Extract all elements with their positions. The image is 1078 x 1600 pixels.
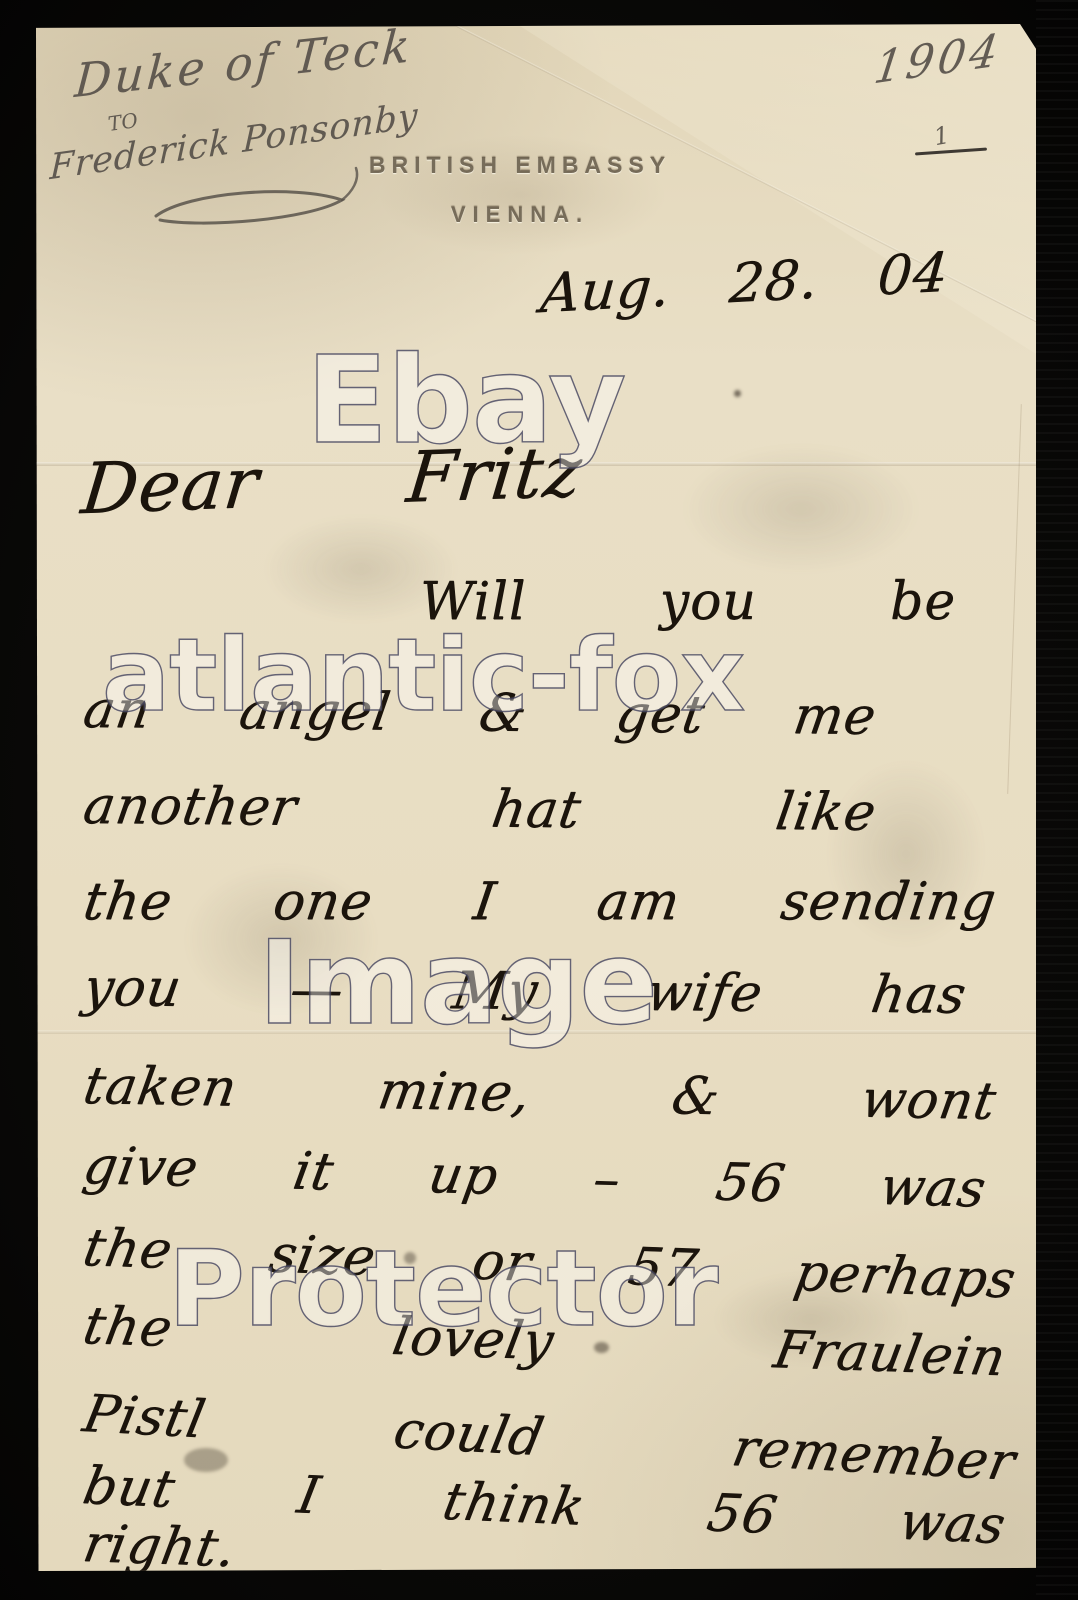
scan-backdrop: Duke of Teck TO Frederick Ponsonby 1904 … [0,0,1078,1600]
pencil-note-to: TO [106,108,139,136]
pencil-note-sender: Duke of Teck [73,18,415,108]
pencil-flourish [144,162,374,242]
watermark-protector: Protector [168,1228,718,1350]
ink-dot [734,390,741,397]
letterhead-embassy: BRITISH EMBASSY [369,152,671,179]
letter-line: taken mine, & wont [79,1056,1000,1132]
watermark-atlantic-fox: atlantic-fox [102,616,744,734]
emboss-impression [342,120,702,270]
letter-paper: Duke of Teck TO Frederick Ponsonby 1904 … [36,24,1036,1571]
watermark-image: Image [258,916,657,1051]
letter-line: give it up – 56 was [79,1136,991,1219]
watermark-ebay: Ebay [306,332,625,471]
scanner-edge-texture [1036,0,1078,1600]
letter-line: right. [79,1514,389,1584]
letterhead-city: VIENNA. [451,202,589,228]
ink-showthrough [796,724,1016,984]
letter-line: another hat like [80,776,881,843]
